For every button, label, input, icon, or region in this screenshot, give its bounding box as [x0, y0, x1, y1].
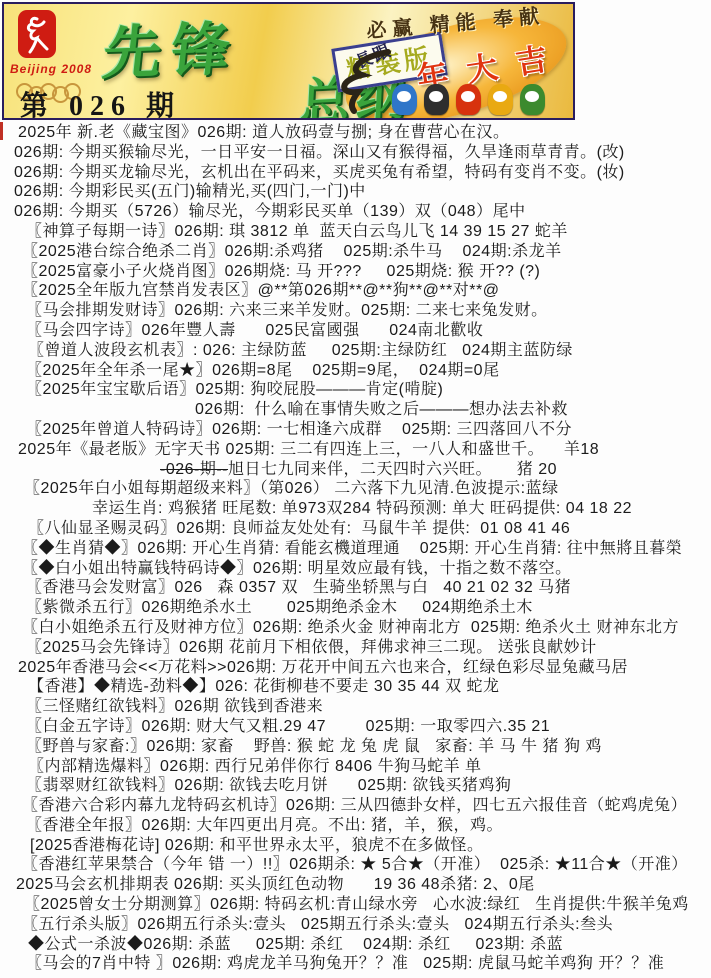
text-line: 〖五行杀头版〗026期五行杀头:壹头 025期五行杀头:壹头 024期五行杀头:…: [0, 915, 711, 935]
text-line: 〖马会排期发财诗〗026期: 六来三来羊发财。025期: 二来七来兔发财。: [0, 301, 711, 321]
text-line: 〖香港红苹果禁合（今年 错 一）!!〗026期杀: ★ 5合★（开准） 025杀…: [0, 855, 711, 875]
issue-number: 第 026 期: [20, 84, 181, 120]
text-line: 〖内部精选爆料〗026期: 西行兄弟伴你行 8406 牛狗马蛇羊 单: [0, 757, 711, 777]
pioneer-tipsheet-page: Beijing 2008 先锋 总纲 精装版 第 026 期 必赢 精能 奉献 …: [0, 0, 711, 978]
fuwa-mascots: [392, 84, 545, 115]
text-line: 〖2025马会先锋诗〗026期 花前月下相依偎，拜佛求神三二现。 送张良献妙计: [0, 638, 711, 658]
text-line: 〖◆生肖猜◆〗026期: 开心生肖猜: 看能玄機道理通 025期: 开心生肖猜:…: [0, 539, 711, 559]
text-line: 026期: 今期彩民买(五门)输精光,买(四门,一门)中: [0, 182, 711, 202]
text-line: 〖2025年曾道人特码诗〗026期: 一七相逢六成群 025期: 三四落回八不分: [0, 420, 711, 440]
text-line: [2025香港梅花诗] 026期: 和平世界永太平，狼虎不在多做怪。: [0, 836, 711, 856]
text-line: 〖香港六合彩内幕九龙特码玄机诗〗026期: 三从四德卦女样，四七五六报佳音（蛇鸡…: [0, 796, 711, 816]
text-line: 〖白金五字诗〗026期: 财大气又粗.29 47 025期: 一取零四六.35 …: [0, 717, 711, 737]
text-line: 〖2025年宝宝歇后语〗025期: 狗咬屁股———肯定(啃腚): [0, 380, 711, 400]
text-line: 2025年 新.老《藏宝图》026期: 道人放码壹与捌; 身在曹营心在汉。: [0, 123, 711, 143]
text-line: 〖紫微杀五行〗026期绝杀水土 025期绝杀金木 024期绝杀土木: [0, 598, 711, 618]
fuwa-beibei-icon: [392, 84, 417, 115]
fuwa-nini-icon: [520, 84, 545, 115]
text-line: 026期: 今期买龙输尽光，玄机出在平码来，买虎买兔有希望，特码有变肖不变。(妆…: [0, 163, 711, 183]
body-lines: 2025年 新.老《藏宝图》026期: 道人放码壹与捌; 身在曹营心在汉。026…: [0, 123, 711, 974]
text-line: 〖曾道人波段玄机表〗: 026: 主绿防蓝 025期:主绿防红 024期主蓝防绿: [0, 341, 711, 361]
text-line: 〖神算子每期一诗〗026期: 琪 3812 单 蓝天白云鸟儿飞 14 39 15…: [0, 222, 711, 242]
text-line: 〖2025港台综合绝杀二肖〗026期:杀鸡猪 025期:杀牛马 024期:杀龙羊: [0, 242, 711, 262]
text-line: 〖2025曾女士分期测算〗026期: 特码玄机:青山绿水旁 心水波:绿红 生肖提…: [0, 895, 711, 915]
beijing-seal-icon: [18, 10, 56, 58]
text-line: 幸运生肖: 鸡猴猪 旺尾数: 单973双284 特码预测: 单大 旺码提供: 0…: [0, 499, 711, 519]
masthead: Beijing 2008 先锋 总纲 精装版 第 026 期 必赢 精能 奉献 …: [2, 2, 575, 120]
beijing-2008-wordmark: Beijing 2008: [10, 62, 102, 76]
text-line: 2025年《最老版》无字天书 025期: 三二有四连上三，一八人和盛世千。 羊1…: [0, 440, 711, 460]
fuwa-yingying-icon: [488, 84, 513, 115]
text-line: 〖白小姐绝杀五行及财神方位〗026期: 绝杀火金 财神南北方 025期: 绝杀火…: [0, 618, 711, 638]
text-line: 〖马会四字诗〗026年豐人壽 025民富國强 024南北歡收: [0, 321, 711, 341]
text-line: 026期: 什么喻在事情失败之后———想办法去补救: [0, 400, 711, 420]
text-line: 〖香港马会发财富〗026 森 0357 双 生骑坐轿黑与白 40 21 02 3…: [0, 578, 711, 598]
fuwa-jingjing-icon: [424, 84, 449, 115]
text-line: ◆公式一杀波◆026期: 杀蓝 025期: 杀红 024期: 杀红 023期: …: [0, 935, 711, 955]
text-line: -026-期--旭日七九同来伴，二天四时六兴旺。 猪 20: [0, 460, 711, 480]
brush-stroke-icon: [332, 48, 398, 119]
text-line: 026期: 今期买（5726）输尽光，今期彩民买单（139）双（048）尾中: [0, 202, 711, 222]
text-line: 〖三怪赌红欲钱料〗026期 欲钱到香港来: [0, 697, 711, 717]
text-line: 〖翡翠财红欲钱料〗026期: 欲钱去吃月饼 025期: 欲钱买猪鸡狗: [0, 776, 711, 796]
text-line: 〖八仙显圣赐灵码〗026期: 良师益友处处有: 马鼠牛羊 提供: 01 08 4…: [0, 519, 711, 539]
text-line: 〖香港全年报〗026期: 大年四更出月亮。不出: 猪，羊，猴，鸡。: [0, 816, 711, 836]
text-line: 〖2025年白小姐每期超级来料〗（第026） 二六落下九见清.色波提示:蓝绿: [0, 479, 711, 499]
text-line: 〖野兽与家畜:〗026期: 家畜 野兽: 猴 蛇 龙 兔 虎 鼠 家畜: 羊 马…: [0, 737, 711, 757]
text-line: 〖马会的7肖中特 〗026期: 鸡虎龙羊马狗兔开？？准 025期: 虎鼠马蛇羊鸡…: [0, 954, 711, 974]
text-line: 〖2025全年版九宫禁肖发表区〗@**第026期**@**狗**@**对**@: [0, 281, 711, 301]
text-line: 2025年香港马会<<万花料>>026期: 万花开中间五六也来合，红绿色彩尽显兔…: [0, 658, 711, 678]
text-line: 〖2025富豪小子火烧肖图〗026期烧: 马 开??? 025期烧: 猴 开??…: [0, 262, 711, 282]
text-line: 〖◆白小姐出特赢钱特码诗◆〗026期: 明星效应最有钱，十指之数不落空。: [0, 559, 711, 579]
text-line: 【香港】◆精选-劲料◆】026: 花街柳巷不要走 30 35 44 双 蛇龙: [0, 677, 711, 697]
fuwa-huanhuan-icon: [456, 84, 481, 115]
text-line: 〖2025年全年杀一尾★〗026期=8尾 025期=9尾， 024期=0尾: [0, 361, 711, 381]
text-line: 2025马会玄机排期表 026期: 买头顶红色动物 19 36 48杀猪: 2、…: [0, 875, 711, 895]
text-line: 026期: 今期买猴输尽光，一日平安一日福。深山又有猴得福，久旱逢雨草青青。(改…: [0, 143, 711, 163]
masthead-title: 先锋: [99, 2, 244, 90]
